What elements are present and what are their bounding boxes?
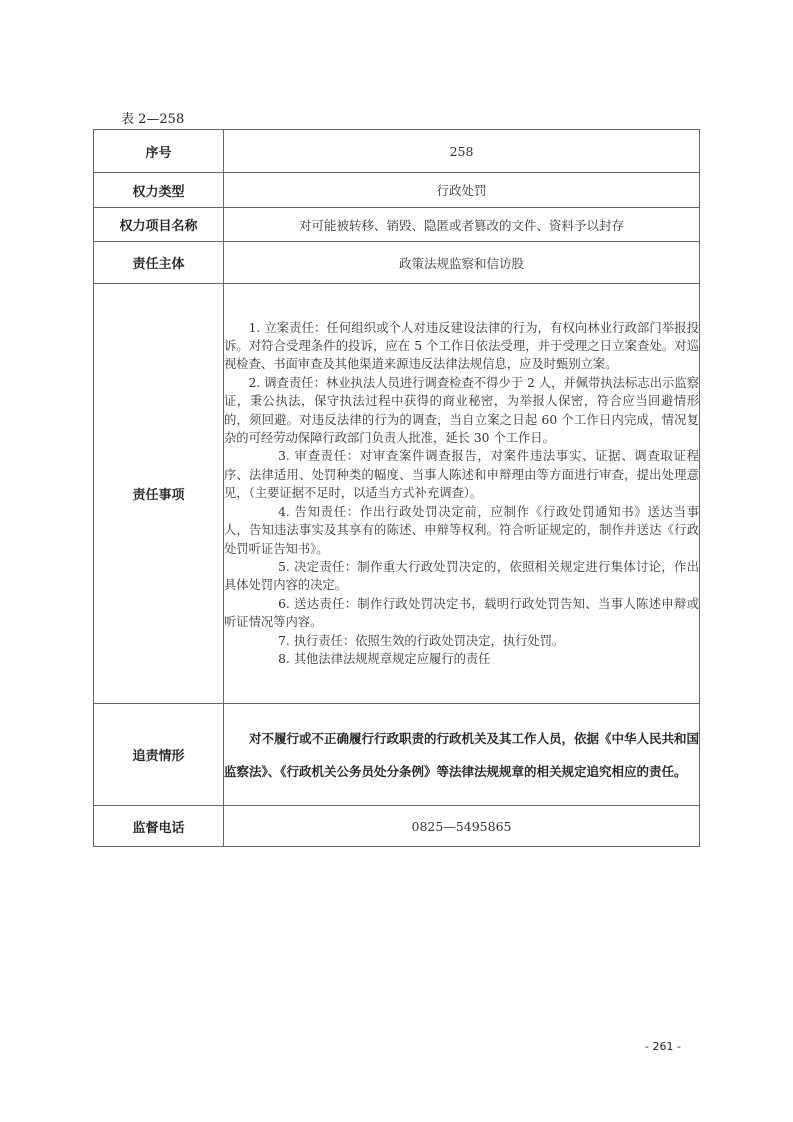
power-item-name-value: 对可能被转移、销毁、隐匿或者篡改的文件、资料予以封存 <box>224 208 700 242</box>
table-row-supervision-phone: 监督电话 0825—5495865 <box>94 806 700 847</box>
responsibilities-label: 责任事项 <box>94 284 224 704</box>
page-number: - 261 - <box>645 1040 681 1053</box>
responsibility-item-5: 5. 决定责任：制作重大行政处罚决定的，依照相关规定进行集体讨论，作出具体处罚内… <box>224 558 699 595</box>
accountability-label: 追责情形 <box>94 704 224 806</box>
table-row-power-type: 权力类型 行政处罚 <box>94 173 700 208</box>
table-row-accountability: 追责情形 对不履行或不正确履行行政职责的行政机关及其工作人员，依据《中华人民共和… <box>94 704 700 806</box>
responsibility-item-4: 4. 告知责任：作出行政处罚决定前，应制作《行政处罚通知书》送达当事人，告知违法… <box>224 503 699 558</box>
serial-label: 序号 <box>94 130 224 173</box>
power-type-value: 行政处罚 <box>224 173 700 208</box>
responsibility-item-1: 1. 立案责任：任何组织或个人对违反建设法律的行为，有权向林业行政部门举报投诉。… <box>224 319 699 374</box>
responsibilities-list: 1. 立案责任：任何组织或个人对违反建设法律的行为，有权向林业行政部门举报投诉。… <box>224 284 700 704</box>
table-row-responsible-subject: 责任主体 政策法规监察和信访股 <box>94 242 700 284</box>
responsibility-item-6: 6. 送达责任：制作行政处罚决定书，载明行政处罚告知、当事人陈述申辩或听证情况等… <box>224 595 699 632</box>
serial-value: 258 <box>224 130 700 173</box>
table-row-responsibilities: 责任事项 1. 立案责任：任何组织或个人对违反建设法律的行为，有权向林业行政部门… <box>94 284 700 704</box>
responsibility-item-8: 8. 其他法律法规规章规定应履行的责任 <box>224 650 699 668</box>
responsibility-item-3: 3. 审查责任：对审查案件调查报告，对案件违法事实、证据、调查取证程序、法律适用… <box>224 447 699 502</box>
power-responsibility-table: 序号 258 权力类型 行政处罚 权力项目名称 对可能被转移、销毁、隐匿或者篡改… <box>93 129 700 847</box>
table-row-serial: 序号 258 <box>94 130 700 173</box>
responsible-subject-value: 政策法规监察和信访股 <box>224 242 700 284</box>
power-item-name-label: 权力项目名称 <box>94 208 224 242</box>
table-row-power-item-name: 权力项目名称 对可能被转移、销毁、隐匿或者篡改的文件、资料予以封存 <box>94 208 700 242</box>
supervision-phone-value: 0825—5495865 <box>224 806 700 847</box>
accountability-text: 对不履行或不正确履行行政职责的行政机关及其工作人员，依据《中华人民共和国监察法》… <box>224 722 699 788</box>
accountability-value: 对不履行或不正确履行行政职责的行政机关及其工作人员，依据《中华人民共和国监察法》… <box>224 704 700 806</box>
table-caption: 表 2—258 <box>121 108 184 127</box>
power-type-label: 权力类型 <box>94 173 224 208</box>
supervision-phone-label: 监督电话 <box>94 806 224 847</box>
responsible-subject-label: 责任主体 <box>94 242 224 284</box>
responsibility-item-2: 2. 调查责任：林业执法人员进行调查检查不得少于 2 人，并佩带执法标志出示监察… <box>224 374 699 448</box>
responsibility-item-7: 7. 执行责任：依照生效的行政处罚决定，执行处罚。 <box>224 632 699 650</box>
